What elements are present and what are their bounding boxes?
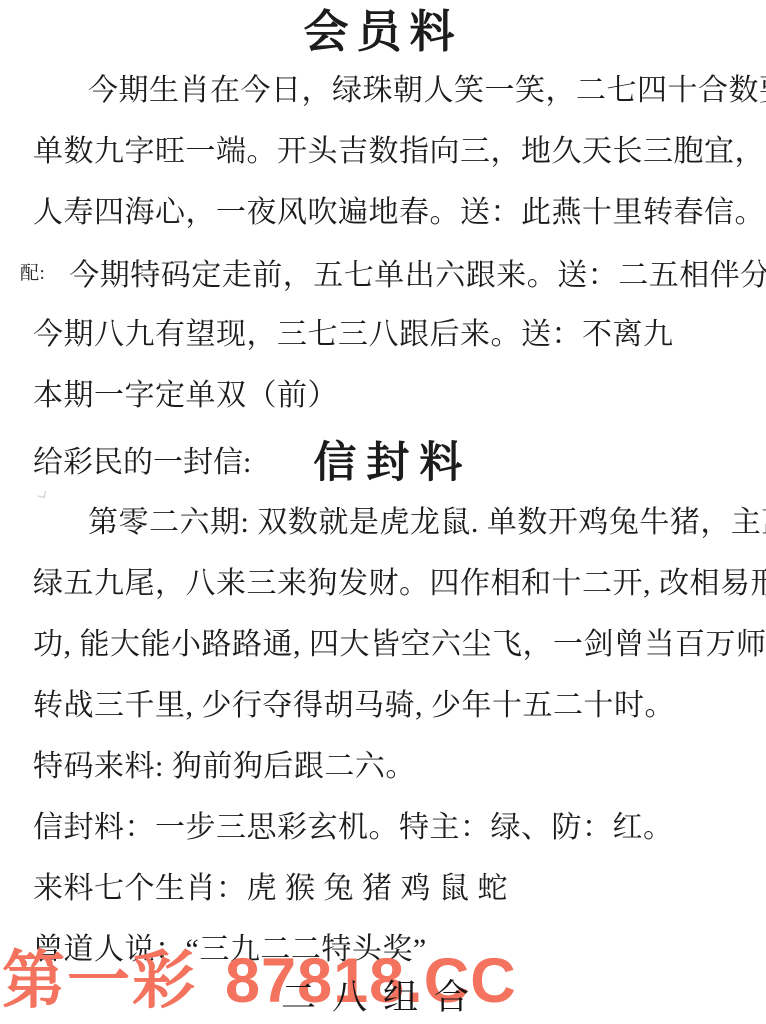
combo-text: 二八组合 <box>0 970 766 1020</box>
envelope-line-5: 特码来料: 狗前狗后跟二六。 <box>33 736 766 797</box>
scan-speckle-artifact <box>38 490 46 498</box>
envelope-line-2: 绿五九尾，八来三来狗发财。四作相和十二开, 改相易形有奇 <box>33 553 766 614</box>
envelope-line-4: 转战三千里, 少行夺得胡马骑, 少年十五二十时。 <box>33 675 766 736</box>
member-line-2: 单数九字旺一端。开头吉数指向三，地久天长三胞宜，月圆 <box>33 121 766 182</box>
member-line-4-text: 今期特码定走前，五七单出六跟来。送：二五相伴分。 <box>69 259 766 292</box>
member-line-4: 配:今期特码定走前，五七单出六跟来。送：二五相伴分。 <box>20 243 766 304</box>
envelope-line-7: 来料七个生肖：虎 猴 兔 猪 鸡 鼠 蛇 <box>33 858 766 919</box>
member-line-6: 本期一字定单双（前） <box>33 365 766 426</box>
member-line-5: 今期八九有望现，三七三八跟后来。送：不离九 <box>33 304 766 365</box>
envelope-line-1: 第零二六期: 双数就是虎龙鼠. 单数开鸡兔牛猪，主蓝防 <box>88 492 766 553</box>
lottery-tip-sheet: 会员料 今期生肖在今日，绿珠朝人笑一笑，二七四十合数要， 单数九字旺一端。开头吉… <box>0 0 766 1024</box>
envelope-line-6: 信封料：一步三思彩玄机。特主：绿、防：红。 <box>33 797 766 858</box>
envelope-section-title: 信封料 <box>313 429 472 490</box>
member-line-3: 人寿四海心，一夜风吹遍地春。送：此燕十里转春信。 <box>33 182 766 243</box>
envelope-line-3: 功, 能大能小路路通, 四大皆空六尘飞，一剑曾当百万师, 一身 <box>33 614 766 675</box>
envelope-intro-label: 给彩民的一封信: <box>33 437 251 481</box>
pei-prefix-label: 配: <box>20 263 45 284</box>
member-line-1: 今期生肖在今日，绿珠朝人笑一笑，二七四十合数要， <box>88 60 766 121</box>
envelope-header-row: 给彩民的一封信: 信封料 <box>33 426 766 492</box>
member-section-title: 会员料 <box>0 0 766 60</box>
